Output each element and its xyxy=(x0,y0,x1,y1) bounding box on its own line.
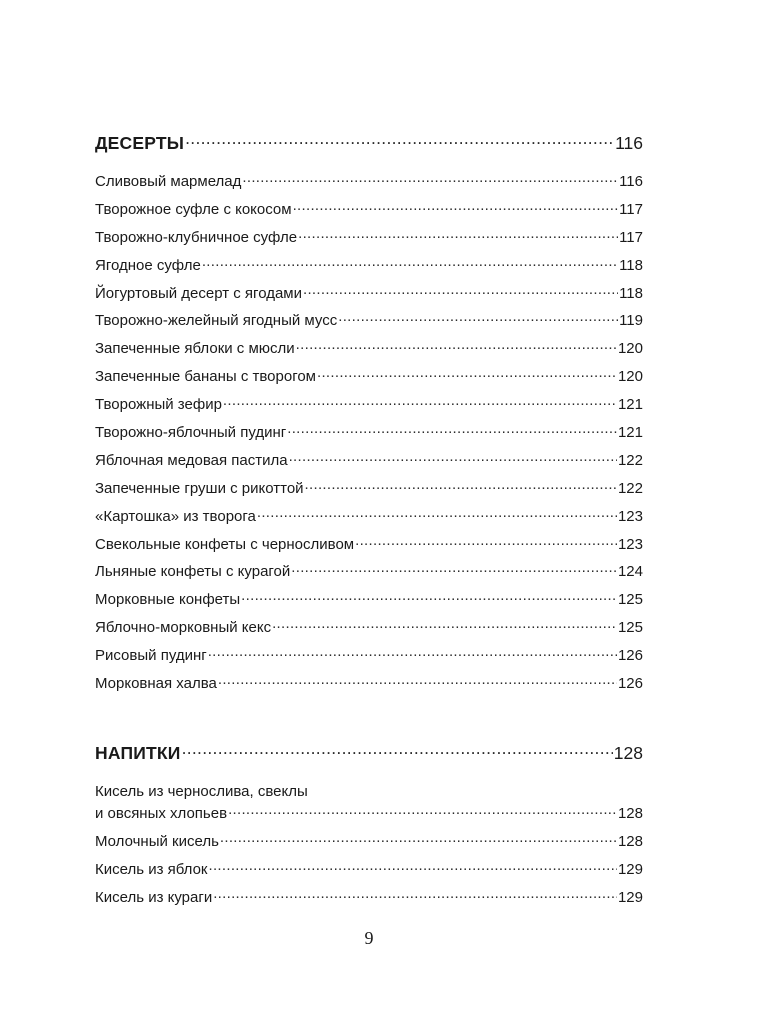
toc-entry[interactable]: Молочный кисель128 xyxy=(95,831,643,859)
entry-page-number: 117 xyxy=(619,229,643,246)
entry-page-number: 117 xyxy=(619,201,643,218)
entry-page-number: 120 xyxy=(618,340,643,357)
dot-leader xyxy=(220,831,617,846)
entry-page-number: 125 xyxy=(618,619,643,636)
entry-title: Кисель из кураги xyxy=(95,889,212,906)
entry-title: Йогуртовый десерт с ягодами xyxy=(95,285,302,302)
entry-title: Морковная халва xyxy=(95,675,217,692)
dot-leader xyxy=(223,394,617,409)
section-page-number: 116 xyxy=(615,133,643,154)
toc-entry[interactable]: Творожное суфле с кокосом117 xyxy=(95,199,643,227)
entry-title: Кисель из яблок xyxy=(95,861,208,878)
entry-title: Морковные конфеты xyxy=(95,591,240,608)
dot-leader xyxy=(208,645,617,660)
entry-page-number: 124 xyxy=(618,563,643,580)
entry-title: Сливовый мармелад xyxy=(95,173,241,190)
toc-entry[interactable]: Запеченные яблоки с мюсли120 xyxy=(95,338,643,366)
entry-page-number: 122 xyxy=(618,452,643,469)
dot-leader xyxy=(242,171,618,186)
section-title: НАПИТКИ xyxy=(95,743,181,764)
entry-page-number: 122 xyxy=(618,480,643,497)
dot-leader xyxy=(296,338,617,353)
entry-title: Рисовый пудинг xyxy=(95,647,207,664)
toc-entry[interactable]: Кисель из яблок129 xyxy=(95,859,643,887)
dot-leader xyxy=(213,887,617,902)
dot-leader xyxy=(305,478,617,493)
dot-leader xyxy=(317,366,617,381)
dot-leader xyxy=(272,617,617,632)
toc-entries-desserts: Сливовый мармелад116Творожное суфле с ко… xyxy=(95,171,643,701)
toc-entry[interactable]: Творожно-желейный ягодный мусс119 xyxy=(95,310,643,338)
toc-section-drinks: НАПИТКИ 128 Кисель из чернослива, свеклы… xyxy=(95,741,643,915)
entry-page-number: 126 xyxy=(618,675,643,692)
entry-title: Запеченные бананы с творогом xyxy=(95,368,316,385)
dot-leader xyxy=(257,506,617,521)
toc-entry[interactable]: Кисель из кураги129 xyxy=(95,887,643,915)
entry-title: Творожное суфле с кокосом xyxy=(95,201,292,218)
entry-title: Ягодное суфле xyxy=(95,257,201,274)
entry-page-number: 118 xyxy=(619,285,643,302)
dot-leader xyxy=(298,227,618,242)
entry-title: Запеченные груши с рикоттой xyxy=(95,480,304,497)
entry-page-number: 121 xyxy=(618,396,643,413)
entry-page-number: 118 xyxy=(619,257,643,274)
entry-title: Яблочная медовая пастила xyxy=(95,452,288,469)
entry-title-line1: Кисель из чернослива, свеклы xyxy=(95,781,643,803)
dot-leader xyxy=(182,741,613,759)
entry-title: «Картошка» из творога xyxy=(95,508,256,525)
entry-title: и овсяных хлопьев xyxy=(95,805,227,822)
dot-leader xyxy=(218,673,617,688)
toc-entry[interactable]: Творожно-яблочный пудинг121 xyxy=(95,422,643,450)
entry-title: Льняные конфеты с курагой xyxy=(95,563,290,580)
entry-page-number: 121 xyxy=(618,424,643,441)
toc-entry[interactable]: Яблочно-морковный кекс125 xyxy=(95,617,643,645)
toc-entries-drinks: Кисель из чернослива, свеклыи овсяных хл… xyxy=(95,781,643,915)
toc-section-heading[interactable]: ДЕСЕРТЫ 116 xyxy=(95,131,643,159)
entry-title: Творожно-яблочный пудинг xyxy=(95,424,286,441)
dot-leader xyxy=(355,534,617,549)
entry-page-number: 128 xyxy=(618,805,643,822)
entry-page-number: 123 xyxy=(618,508,643,525)
entry-title: Творожный зефир xyxy=(95,396,222,413)
page-number: 9 xyxy=(0,928,738,949)
toc-entry[interactable]: Запеченные груши с рикоттой122 xyxy=(95,478,643,506)
entry-page-number: 123 xyxy=(618,536,643,553)
entry-title: Молочный кисель xyxy=(95,833,219,850)
toc-entry[interactable]: Рисовый пудинг126 xyxy=(95,645,643,673)
entry-title: Творожно-клубничное суфле xyxy=(95,229,297,246)
dot-leader xyxy=(303,283,618,298)
dot-leader xyxy=(202,255,618,270)
section-page-number: 128 xyxy=(614,743,643,764)
entry-page-number: 116 xyxy=(619,173,643,190)
section-title: ДЕСЕРТЫ xyxy=(95,133,184,154)
toc-entry[interactable]: «Картошка» из творога123 xyxy=(95,506,643,534)
dot-leader xyxy=(287,422,617,437)
toc-entry[interactable]: Запеченные бананы с творогом120 xyxy=(95,366,643,394)
toc-entry[interactable]: Морковная халва126 xyxy=(95,673,643,701)
entry-page-number: 129 xyxy=(618,861,643,878)
entry-page-number: 120 xyxy=(618,368,643,385)
entry-title: Свекольные конфеты с черносливом xyxy=(95,536,354,553)
dot-leader xyxy=(241,589,617,604)
toc-entry[interactable]: Творожный зефир121 xyxy=(95,394,643,422)
entry-title: Запеченные яблоки с мюсли xyxy=(95,340,295,357)
toc-entry[interactable]: Кисель из чернослива, свеклыи овсяных хл… xyxy=(95,781,643,831)
entry-title: Творожно-желейный ягодный мусс xyxy=(95,312,337,329)
toc-entry[interactable]: Творожно-клубничное суфле117 xyxy=(95,227,643,255)
toc-section-desserts: ДЕСЕРТЫ 116 Сливовый мармелад116Творожно… xyxy=(95,131,643,701)
toc-entry[interactable]: Сливовый мармелад116 xyxy=(95,171,643,199)
entry-page-number: 119 xyxy=(619,312,643,329)
dot-leader xyxy=(293,199,619,214)
entry-page-number: 129 xyxy=(618,889,643,906)
entry-title: Яблочно-морковный кекс xyxy=(95,619,271,636)
toc-section-heading[interactable]: НАПИТКИ 128 xyxy=(95,741,643,769)
entry-page-number: 125 xyxy=(618,591,643,608)
dot-leader xyxy=(338,310,618,325)
entry-page-number: 128 xyxy=(618,833,643,850)
toc-entry[interactable]: Свекольные конфеты с черносливом123 xyxy=(95,534,643,562)
toc-entry[interactable]: Яблочная медовая пастила122 xyxy=(95,450,643,478)
toc-entry[interactable]: Ягодное суфле118 xyxy=(95,255,643,283)
toc-entry[interactable]: Морковные конфеты125 xyxy=(95,589,643,617)
entry-page-number: 126 xyxy=(618,647,643,664)
dot-leader xyxy=(185,131,614,149)
toc-entry[interactable]: Льняные конфеты с курагой124 xyxy=(95,561,643,589)
dot-leader xyxy=(291,561,617,576)
dot-leader xyxy=(209,859,617,874)
dot-leader xyxy=(228,803,617,818)
dot-leader xyxy=(289,450,617,465)
toc-entry[interactable]: Йогуртовый десерт с ягодами118 xyxy=(95,283,643,311)
